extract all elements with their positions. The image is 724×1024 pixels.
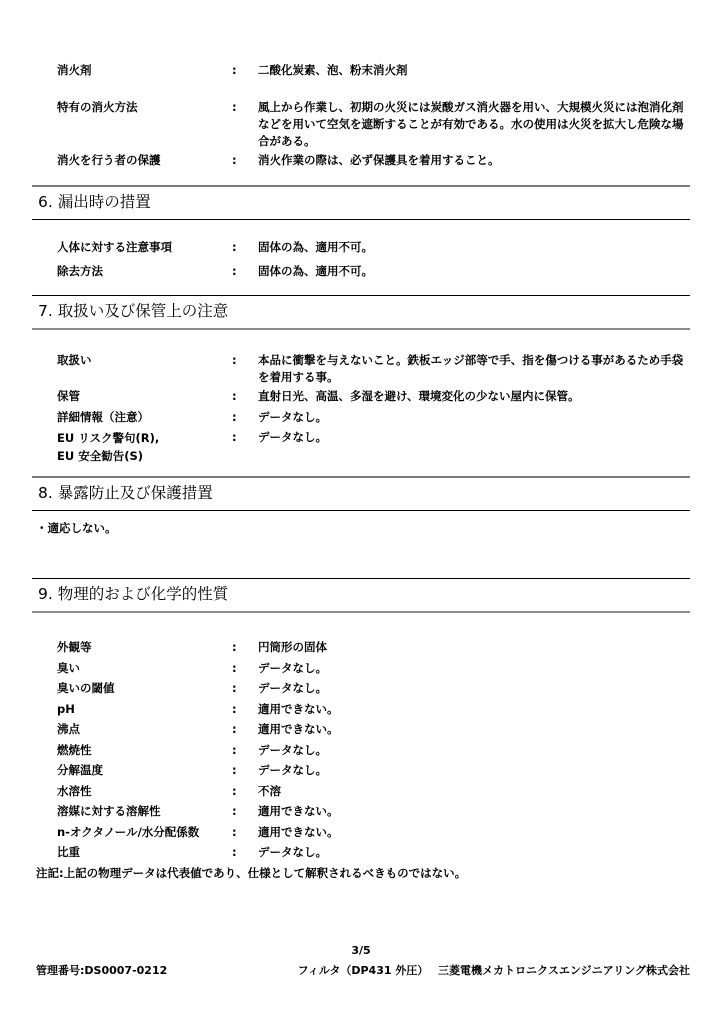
property-value: 適用できない。 <box>258 824 690 841</box>
section-9-body: 外観等 : 円筒形の固体 臭い : データなし。 臭いの閾値 : データなし。 … <box>32 639 690 882</box>
section-8-body: ・適応しない。 <box>32 520 690 537</box>
property-value: データなし。 <box>258 844 690 861</box>
property-value: データなし。 <box>258 742 690 759</box>
colon-separator: : <box>232 680 258 697</box>
footer-doc-number: 管理番号:DS0007-0212 <box>36 962 298 978</box>
property-label: 特有の消火方法 <box>57 99 232 116</box>
property-value: 直射日光、高温、多湿を避け、環境変化の少ない屋内に保管。 <box>258 388 690 405</box>
property-row: 詳細情報（注意） : データなし。 <box>32 409 690 426</box>
property-row: 特有の消火方法 : 風上から作業し、初期の火災には炭酸ガス消火器を用い、大規模火… <box>32 99 690 150</box>
page-number: 3/5 <box>32 944 690 957</box>
property-value: データなし。 <box>258 429 690 446</box>
colon-separator: : <box>232 388 258 405</box>
property-value: 固体の為、適用不可。 <box>258 263 690 280</box>
property-row: 溶媒に対する溶解性 : 適用できない。 <box>32 803 690 820</box>
colon-separator: : <box>232 660 258 677</box>
colon-separator: : <box>232 844 258 861</box>
property-value: 消火作業の際は、必ず保護具を着用すること。 <box>258 152 690 169</box>
sds-document-page: 消火剤 : 二酸化炭素、泡、粉末消火剤 特有の消火方法 : 風上から作業し、初期… <box>0 0 724 1024</box>
section-8-heading: 8. 暴露防止及び保護措置 <box>32 476 690 511</box>
section-title: 9. 物理的および化学的性質 <box>38 585 228 603</box>
colon-separator: : <box>232 762 258 779</box>
property-row: pH : 適用できない。 <box>32 701 690 718</box>
property-row: 分解温度 : データなし。 <box>32 762 690 779</box>
property-value: 円筒形の固体 <box>258 639 690 656</box>
property-label: 消火を行う者の保護 <box>57 152 232 169</box>
colon-separator: : <box>232 783 258 800</box>
property-row: 沸点 : 適用できない。 <box>32 721 690 738</box>
property-value: 適用できない。 <box>258 803 690 820</box>
page-footer: 管理番号:DS0007-0212 フィルタ（DP431 外圧） 三菱電機メカトロ… <box>32 962 690 978</box>
colon-separator: : <box>232 803 258 820</box>
property-row: 臭いの閾値 : データなし。 <box>32 680 690 697</box>
property-label: 燃焼性 <box>57 742 232 759</box>
property-value: データなし。 <box>258 680 690 697</box>
colon-separator: : <box>232 721 258 738</box>
section-9-heading: 9. 物理的および化学的性質 <box>32 578 690 613</box>
property-label: EU リスク警句(R), EU 安全勧告(S) <box>57 429 232 465</box>
property-value: データなし。 <box>258 409 690 426</box>
property-row: 除去方法 : 固体の為、適用不可。 <box>32 263 690 280</box>
section-9-note: 注記:上記の物理データは代表値であり、仕様として解釈されるべきものではない。 <box>32 865 690 882</box>
property-label: 保管 <box>57 388 232 405</box>
property-label: 比重 <box>57 844 232 861</box>
section-7-heading: 7. 取扱い及び保管上の注意 <box>32 295 690 330</box>
property-label: 詳細情報（注意） <box>57 409 232 426</box>
colon-separator: : <box>232 352 258 369</box>
section-6-heading: 6. 漏出時の措置 <box>32 185 690 220</box>
section-6-body: 人体に対する注意事項 : 固体の為、適用不可。 除去方法 : 固体の為、適用不可… <box>32 239 690 280</box>
colon-separator: : <box>232 62 258 79</box>
property-row: n-オクタノール/水分配係数 : 適用できない。 <box>32 824 690 841</box>
property-label-line-2: EU 安全勧告(S) <box>57 447 232 465</box>
property-row: 水溶性 : 不溶 <box>32 783 690 800</box>
property-label: 溶媒に対する溶解性 <box>57 803 232 820</box>
footer-product-name: フィルタ（DP431 外圧） <box>298 962 429 978</box>
property-row: 比重 : データなし。 <box>32 844 690 861</box>
colon-separator: : <box>232 239 258 256</box>
property-label: pH <box>57 701 232 718</box>
property-label: 消火剤 <box>57 62 232 79</box>
property-row: 消火剤 : 二酸化炭素、泡、粉末消火剤 <box>32 62 690 79</box>
property-value: 不溶 <box>258 783 690 800</box>
property-row: 臭い : データなし。 <box>32 660 690 677</box>
property-value: データなし。 <box>258 660 690 677</box>
colon-separator: : <box>232 429 258 446</box>
property-row: 消火を行う者の保護 : 消火作業の際は、必ず保護具を着用すること。 <box>32 152 690 169</box>
property-value: 適用できない。 <box>258 721 690 738</box>
property-row: 保管 : 直射日光、高温、多湿を避け、環境変化の少ない屋内に保管。 <box>32 388 690 405</box>
section-title: 8. 暴露防止及び保護措置 <box>38 484 213 502</box>
colon-separator: : <box>232 824 258 841</box>
section-7-body: 取扱い : 本品に衝撃を与えないこと。鉄板エッジ部等で手、指を傷つける事があるた… <box>32 352 690 465</box>
property-value: 適用できない。 <box>258 701 690 718</box>
section-title: 6. 漏出時の措置 <box>38 193 151 211</box>
property-label: 外観等 <box>57 639 232 656</box>
property-label: 分解温度 <box>57 762 232 779</box>
property-row: EU リスク警句(R), EU 安全勧告(S) : データなし。 <box>32 429 690 465</box>
fire-fighting-rows: 消火剤 : 二酸化炭素、泡、粉末消火剤 特有の消火方法 : 風上から作業し、初期… <box>32 62 690 169</box>
colon-separator: : <box>232 263 258 280</box>
property-label-line-1: EU リスク警句(R), <box>57 429 232 447</box>
property-label: n-オクタノール/水分配係数 <box>57 824 232 841</box>
property-label: 人体に対する注意事項 <box>57 239 232 256</box>
colon-separator: : <box>232 742 258 759</box>
colon-separator: : <box>232 639 258 656</box>
property-label: 臭いの閾値 <box>57 680 232 697</box>
property-label: 沸点 <box>57 721 232 738</box>
property-row: 燃焼性 : データなし。 <box>32 742 690 759</box>
colon-separator: : <box>232 409 258 426</box>
property-value: 固体の為、適用不可。 <box>258 239 690 256</box>
property-value: データなし。 <box>258 762 690 779</box>
colon-separator: : <box>232 99 258 116</box>
property-value: 本品に衝撃を与えないこと。鉄板エッジ部等で手、指を傷つける事があるため手袋を着用… <box>258 352 690 386</box>
colon-separator: : <box>232 152 258 169</box>
property-value: 風上から作業し、初期の火災には炭酸ガス消火器を用い、大規模火災には泡消化剤などを… <box>258 99 690 150</box>
property-value: 二酸化炭素、泡、粉末消火剤 <box>258 62 690 79</box>
property-row: 外観等 : 円筒形の固体 <box>32 639 690 656</box>
property-label: 除去方法 <box>57 263 232 280</box>
section-title: 7. 取扱い及び保管上の注意 <box>38 302 228 320</box>
property-label: 取扱い <box>57 352 232 369</box>
colon-separator: : <box>232 701 258 718</box>
property-row: 取扱い : 本品に衝撃を与えないこと。鉄板エッジ部等で手、指を傷つける事があるた… <box>32 352 690 386</box>
property-label: 水溶性 <box>57 783 232 800</box>
footer-company-name: 三菱電機メカトロニクスエンジニアリング株式会社 <box>428 962 690 978</box>
property-row: 人体に対する注意事項 : 固体の為、適用不可。 <box>32 239 690 256</box>
property-label: 臭い <box>57 660 232 677</box>
